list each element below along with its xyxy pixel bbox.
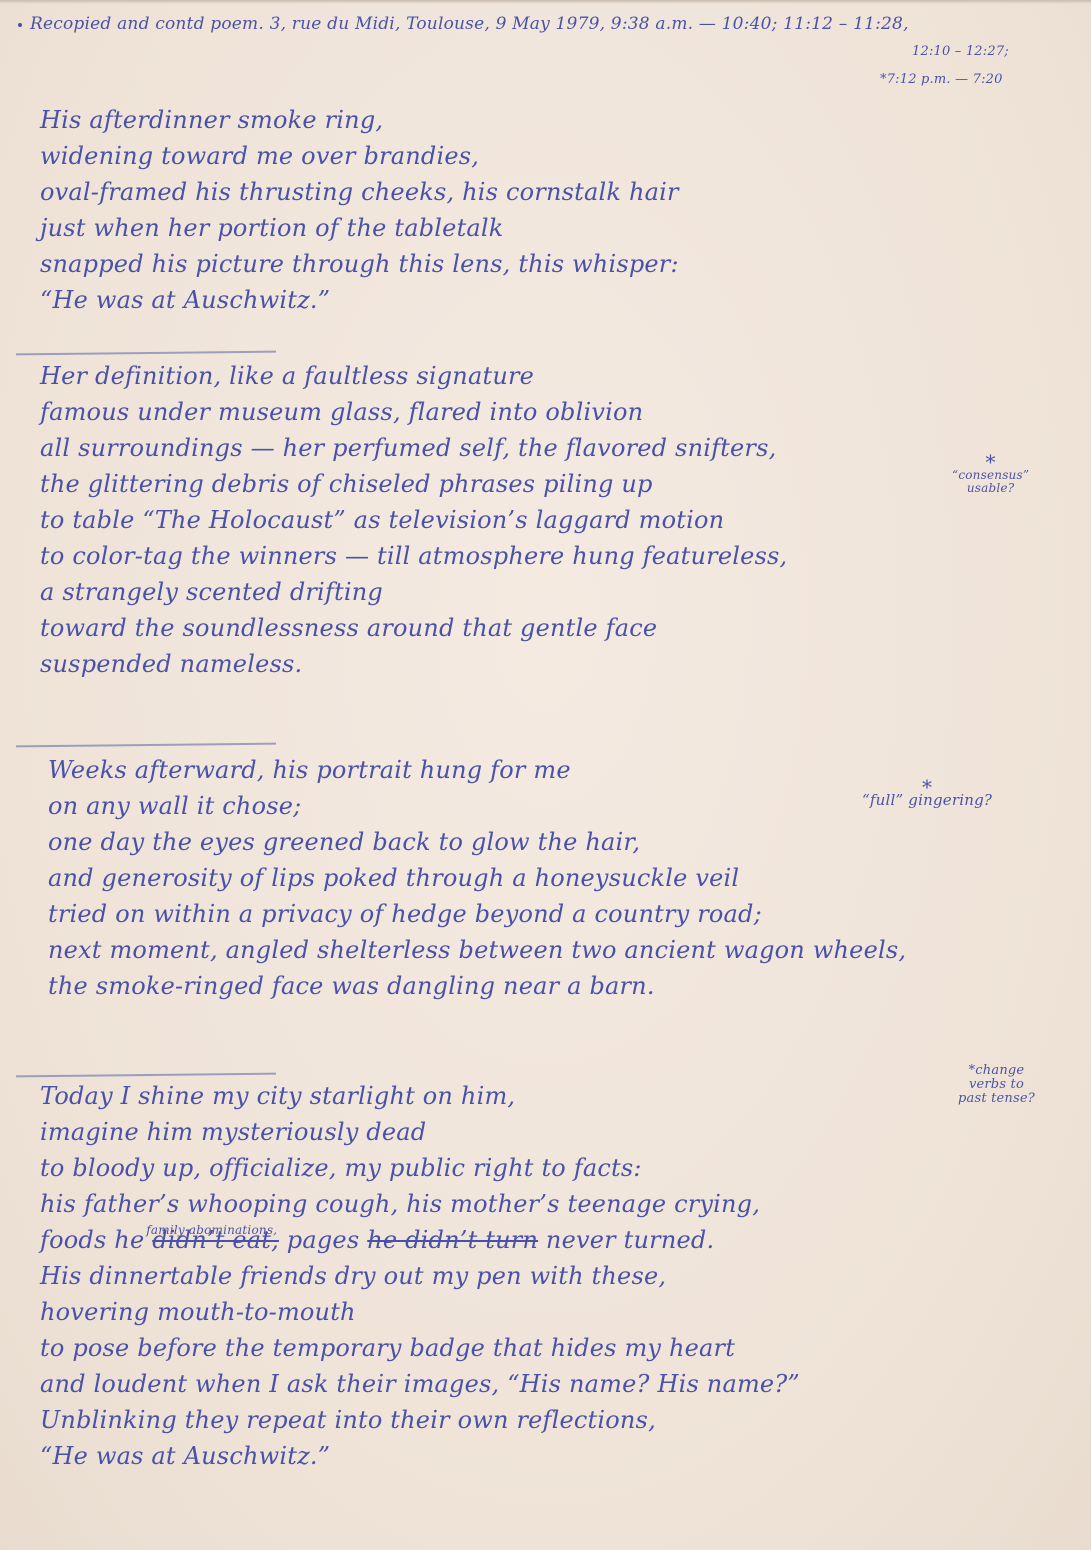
poem-line: next moment, angled shelterless between …: [48, 932, 906, 968]
poem-line: famous under museum glass, flared into o…: [40, 394, 787, 430]
asterisk-icon: *: [952, 455, 1029, 469]
revision: family abominations, didn’t eat,: [152, 1222, 279, 1258]
poem-line: to pose before the temporary badge that …: [40, 1330, 800, 1366]
poem-line: hovering mouth-to-mouth: [40, 1294, 800, 1330]
poem-line: all surroundings — her perfumed self, th…: [40, 430, 787, 466]
margin-note-text: verbs to: [958, 1078, 1035, 1092]
poem-line: on any wall it chose;: [48, 788, 906, 824]
poem-line: His dinnertable friends dry out my pen w…: [40, 1258, 800, 1294]
inserted-text: family abominations,: [146, 1212, 277, 1248]
margin-note-text: usable?: [952, 482, 1029, 495]
poem-line: snapped his picture through this lens, t…: [40, 246, 679, 282]
poem-line: tried on within a privacy of hedge beyon…: [48, 896, 906, 932]
stanza-3: Weeks afterward, his portrait hung for m…: [48, 752, 906, 1004]
poem-line: to bloody up, officialize, my public rig…: [40, 1150, 800, 1186]
poem-line: widening toward me over brandies,: [40, 138, 679, 174]
poem-line: just when her portion of the tabletalk: [40, 210, 679, 246]
margin-note-tense: *change verbs to past tense?: [958, 1064, 1035, 1106]
margin-note-text: *change: [958, 1064, 1035, 1078]
poem-line: and generosity of lips poked through a h…: [48, 860, 906, 896]
page-edge-shadow: [0, 0, 1091, 4]
stanza-1: His afterdinner smoke ring, widening tow…: [40, 102, 679, 318]
header-note-line3: *7:12 p.m. — 7:20: [880, 72, 1003, 87]
poem-line: imagine him mysteriously dead: [40, 1114, 800, 1150]
header-note-line1: Recopied and contd poem. 3, rue du Midi,…: [30, 14, 909, 34]
line-text: foods he: [40, 1226, 144, 1254]
poem-line: one day the eyes greened back to glow th…: [48, 824, 906, 860]
poem-line: suspended nameless.: [40, 646, 787, 682]
poem-line: a strangely scented drifting: [40, 574, 787, 610]
poem-line: to color-tag the winners — till atmosphe…: [40, 538, 787, 574]
poem-line: toward the soundlessness around that gen…: [40, 610, 787, 646]
poem-line: to table “The Holocaust” as television’s…: [40, 502, 787, 538]
poem-line: the glittering debris of chiseled phrase…: [40, 466, 787, 502]
line-text: never turned.: [546, 1226, 714, 1254]
header-note: Recopied and contd poem. 3, rue du Midi,…: [18, 14, 909, 34]
poem-line: His afterdinner smoke ring,: [40, 102, 679, 138]
poem-line: “He was at Auschwitz.”: [40, 282, 679, 318]
poem-line: Unblinking they repeat into their own re…: [40, 1402, 800, 1438]
line-text: pages: [287, 1226, 367, 1254]
header-note-line2: 12:10 – 12:27;: [912, 44, 1009, 59]
struck-text: he didn’t turn: [367, 1226, 538, 1254]
poem-line: oval-framed his thrusting cheeks, his co…: [40, 174, 679, 210]
poem-line: Today I shine my city starlight on him,: [40, 1078, 800, 1114]
poem-line: “He was at Auschwitz.”: [40, 1438, 800, 1474]
stanza-4: Today I shine my city starlight on him, …: [40, 1078, 800, 1474]
poem-line-revised: foods he family abominations, didn’t eat…: [40, 1222, 800, 1258]
margin-note-text: past tense?: [958, 1092, 1035, 1106]
poem-line: and loudent when I ask their images, “Hi…: [40, 1366, 800, 1402]
margin-note-gingering: * “full” gingering?: [862, 780, 992, 807]
stanza-2: Her definition, like a faultless signatu…: [40, 358, 787, 682]
poem-line: the smoke-ringed face was dangling near …: [48, 968, 906, 1004]
bullet-dot-icon: [18, 23, 22, 27]
margin-note-consensus: * “consensus” usable?: [952, 455, 1029, 495]
poem-line: Her definition, like a faultless signatu…: [40, 358, 787, 394]
margin-note-text: “full” gingering?: [862, 794, 992, 807]
poem-line: Weeks afterward, his portrait hung for m…: [48, 752, 906, 788]
